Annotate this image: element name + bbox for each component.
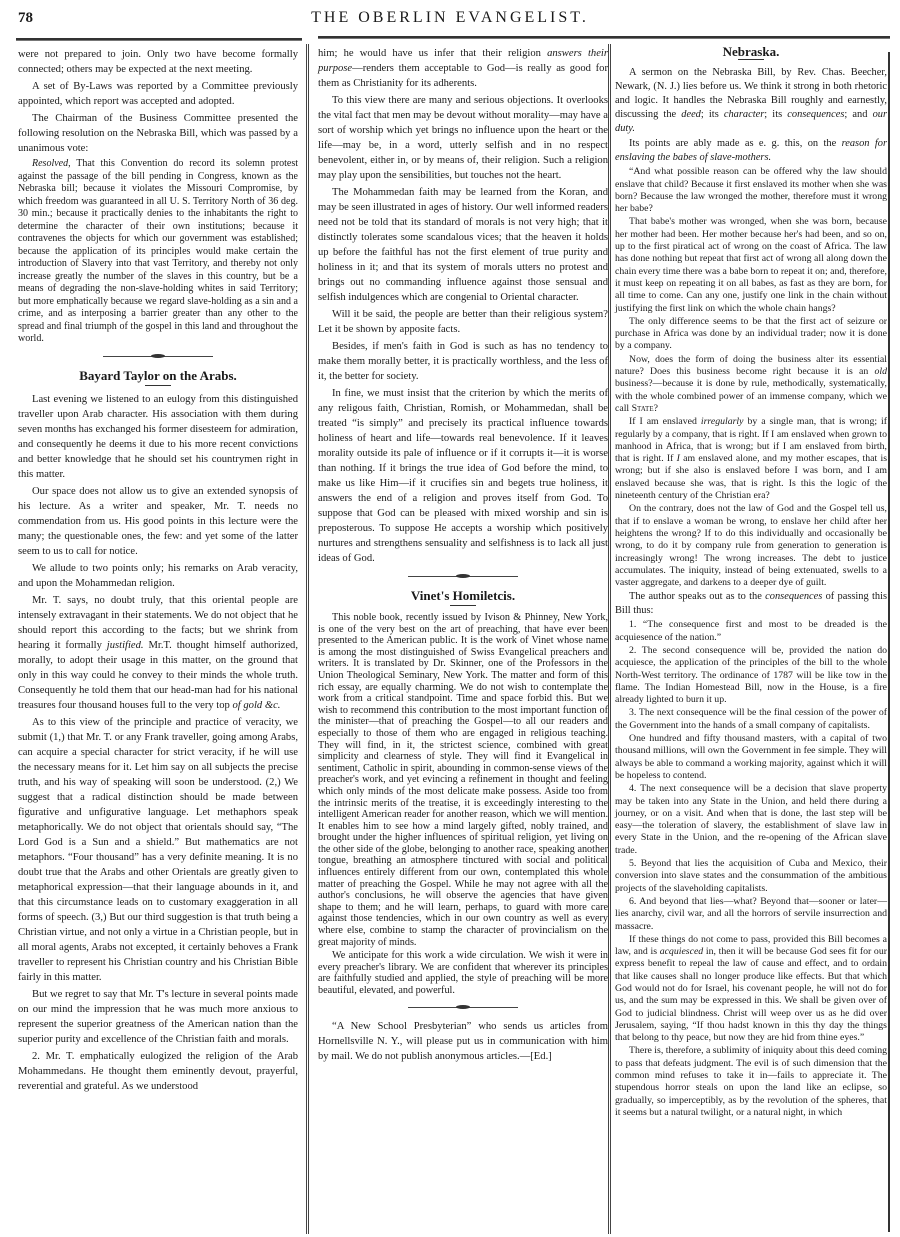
top-rule-left [16,38,302,41]
paragraph: Our space does not allow us to give an e… [18,484,298,559]
resolution-paragraph: Resolved, That this Convention do record… [18,158,298,346]
paragraph: But we regret to say that Mr. T's lectur… [18,987,298,1047]
quote-paragraph: If I am enslaved irregularly by a single… [615,416,887,502]
masthead: 78 THE OBERLIN EVANGELIST. [0,0,900,40]
paragraph: Its points are ably made as e. g. this, … [615,137,887,165]
paragraph: This noble book, recently issued by Ivis… [318,612,608,948]
article-title-vinets-homiletics: Vinet's Homiletcis. [318,588,608,603]
consequence-item: 4. The next consequence will be a decisi… [615,783,887,857]
consequence-item: 1. “The consequence first and most to be… [615,619,887,644]
right-border [888,52,890,1232]
quote-paragraph: “And what possible reason can be offered… [615,166,887,215]
quote-paragraph: Now, does the form of doing the business… [615,354,887,415]
paragraph: 2. Mr. T. emphatically eulogized the rel… [18,1049,298,1094]
quote-paragraph: On the contrary, does not the law of God… [615,503,887,589]
section-ornament [103,356,213,360]
paragraph: Mr. T. says, no doubt truly, that this o… [18,593,298,713]
paragraph: Last evening we listened to an eulogy fr… [18,392,298,482]
paragraph: If these things do not come to pass, pro… [615,934,887,1045]
resolved-label: Resolved, [32,158,71,169]
title-rule [450,605,476,606]
paragraph: Will it be said, the people are better t… [318,307,608,337]
paragraph: We anticipate for this work a wide circu… [318,950,608,996]
resolution-text: That this Convention do record its solem… [18,158,298,344]
section-ornament [408,1007,518,1011]
newspaper-title: THE OBERLIN EVANGELIST. [0,9,900,27]
column-1: were not prepared to join. Only two have… [18,47,298,1096]
top-rule-right [318,36,890,39]
paragraph: A set of By-Laws was reported by a Commi… [18,79,298,109]
consequence-item: 5. Beyond that lies the acquisition of C… [615,858,887,895]
quote-paragraph: That babe's mother was wronged, when she… [615,216,887,314]
paragraph: We allude to two points only; his remark… [18,561,298,591]
section-ornament [408,576,518,580]
consequence-item: One hundred and fifty thousand masters, … [615,733,887,782]
paragraph: As to this view of the principle and pra… [18,715,298,985]
paragraph: The author speaks out as to the conseque… [615,590,887,618]
column-divider-1 [306,44,309,1234]
paragraph: The Mohammedan faith may be learned from… [318,185,608,305]
paragraph: A sermon on the Nebraska Bill, by Rev. C… [615,66,887,136]
paragraph: To this view there are many and serious … [318,93,608,183]
consequence-item: 6. And beyond that lies—what? Beyond tha… [615,896,887,933]
column-3: Nebraska. A sermon on the Nebraska Bill,… [615,46,887,1120]
paragraph: The Chairman of the Business Committee p… [18,111,298,156]
article-title-bayard-taylor: Bayard Taylor on the Arabs. [18,368,298,383]
column-2: him; he would have us infer that their r… [318,46,608,1066]
consequence-item: 2. The second consequence will be, provi… [615,645,887,706]
article-title-nebraska: Nebraska. [615,46,887,58]
paragraph: There is, therefore, a sublimity of iniq… [615,1045,887,1119]
title-rule [738,59,764,60]
title-rule [145,385,171,386]
column-divider-2 [608,44,611,1234]
paragraph: him; he would have us infer that their r… [318,46,608,91]
editor-notice: “A New School Presbyterian” who sends us… [318,1019,608,1064]
consequence-item: 3. The next consequence will be the fina… [615,707,887,732]
quote-paragraph: The only difference seems to be that the… [615,316,887,353]
paragraph: were not prepared to join. Only two have… [18,47,298,77]
paragraph: In fine, we must insist that the criteri… [318,386,608,566]
paragraph: Besides, if men's faith in God is such a… [318,339,608,384]
